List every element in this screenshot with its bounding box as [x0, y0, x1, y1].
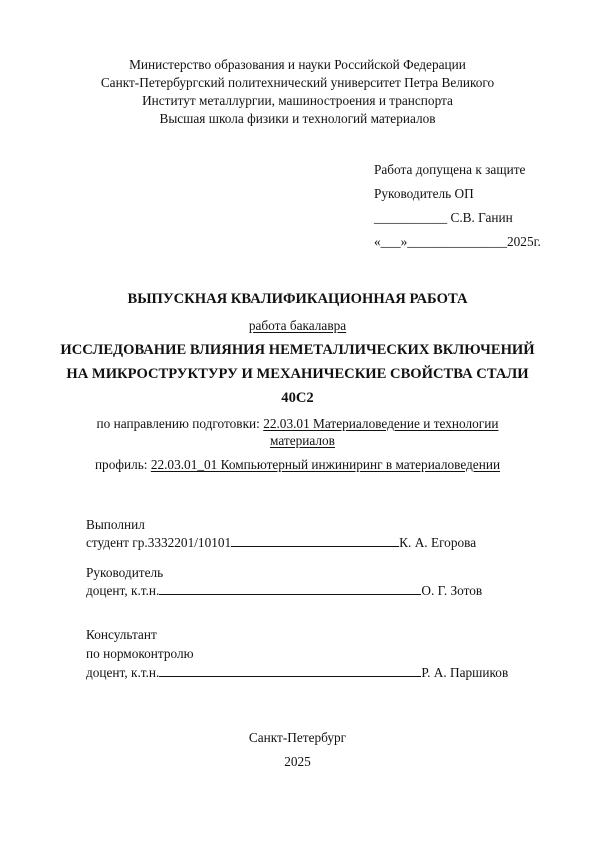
performer-signature-line [231, 545, 399, 547]
ministry-line: Министерство образования и науки Российс… [0, 56, 595, 74]
school-line: Высшая школа физики и технологий материа… [0, 110, 595, 128]
profile-label: профиль: [95, 457, 151, 472]
approval-signature-blank: ___________ [374, 210, 447, 225]
supervisor-position: доцент, к.т.н. [86, 583, 159, 598]
consultant-row: доцент, к.т.н.Р. А. Паршиков [86, 664, 508, 682]
approval-name: С.В. Ганин [450, 210, 512, 225]
performer-row: студент гр.3332201/10101К. А. Егорова [86, 534, 476, 552]
date-month-blank: _______________ [407, 234, 507, 249]
approval-date-row: «___»_______________2025г. [374, 234, 541, 250]
approval-signature-row: ___________ С.В. Ганин [374, 210, 513, 226]
consultant-title: Консультант [86, 626, 157, 644]
approval-admitted: Работа допущена к защите [374, 162, 525, 178]
supervisor-title: Руководитель [86, 564, 163, 582]
university-line: Санкт-Петербургский политехнический унив… [0, 74, 595, 92]
date-year: 2025г. [507, 234, 541, 249]
performer-name: К. А. Егорова [399, 535, 476, 550]
performer-title: Выполнил [86, 516, 145, 534]
topic-line-3: 40С2 [0, 390, 595, 407]
work-type-heading: ВЫПУСКНАЯ КВАЛИФИКАЦИОННАЯ РАБОТА [0, 291, 595, 308]
direction-label: по направлению подготовки: [97, 416, 264, 431]
direction-value-1: 22.03.01 Материаловедение и технологии [263, 416, 498, 431]
consultant-subtitle: по нормоконтролю [86, 645, 194, 663]
footer-year: 2025 [0, 754, 595, 770]
work-subtype: работа бакалавра [249, 318, 346, 333]
supervisor-row: доцент, к.т.н.О. Г. Зотов [86, 582, 482, 600]
topic-line-1: ИССЛЕДОВАНИЕ ВЛИЯНИЯ НЕМЕТАЛЛИЧЕСКИХ ВКЛ… [0, 342, 595, 359]
date-day-blank: ___ [381, 234, 401, 249]
approval-role: Руководитель ОП [374, 186, 474, 202]
institute-line: Институт металлургии, машиностроения и т… [0, 92, 595, 110]
consultant-position: доцент, к.т.н. [86, 665, 159, 680]
date-open-quote: « [374, 234, 381, 249]
consultant-signature-line [159, 675, 421, 677]
supervisor-signature-line [159, 593, 421, 595]
performer-position: студент гр.3332201/10101 [86, 535, 231, 550]
profile-value: 22.03.01_01 Компьютерный инжиниринг в ма… [151, 457, 500, 472]
footer-city: Санкт-Петербург [0, 730, 595, 746]
topic-line-2: НА МИКРОСТРУКТУРУ И МЕХАНИЧЕСКИЕ СВОЙСТВ… [0, 366, 595, 383]
direction-value-2: материалов [270, 433, 335, 448]
consultant-name: Р. А. Паршиков [421, 665, 508, 680]
supervisor-name: О. Г. Зотов [421, 583, 482, 598]
direction-row: по направлению подготовки: 22.03.01 Мате… [0, 416, 595, 432]
profile-row: профиль: 22.03.01_01 Компьютерный инжини… [0, 457, 595, 473]
